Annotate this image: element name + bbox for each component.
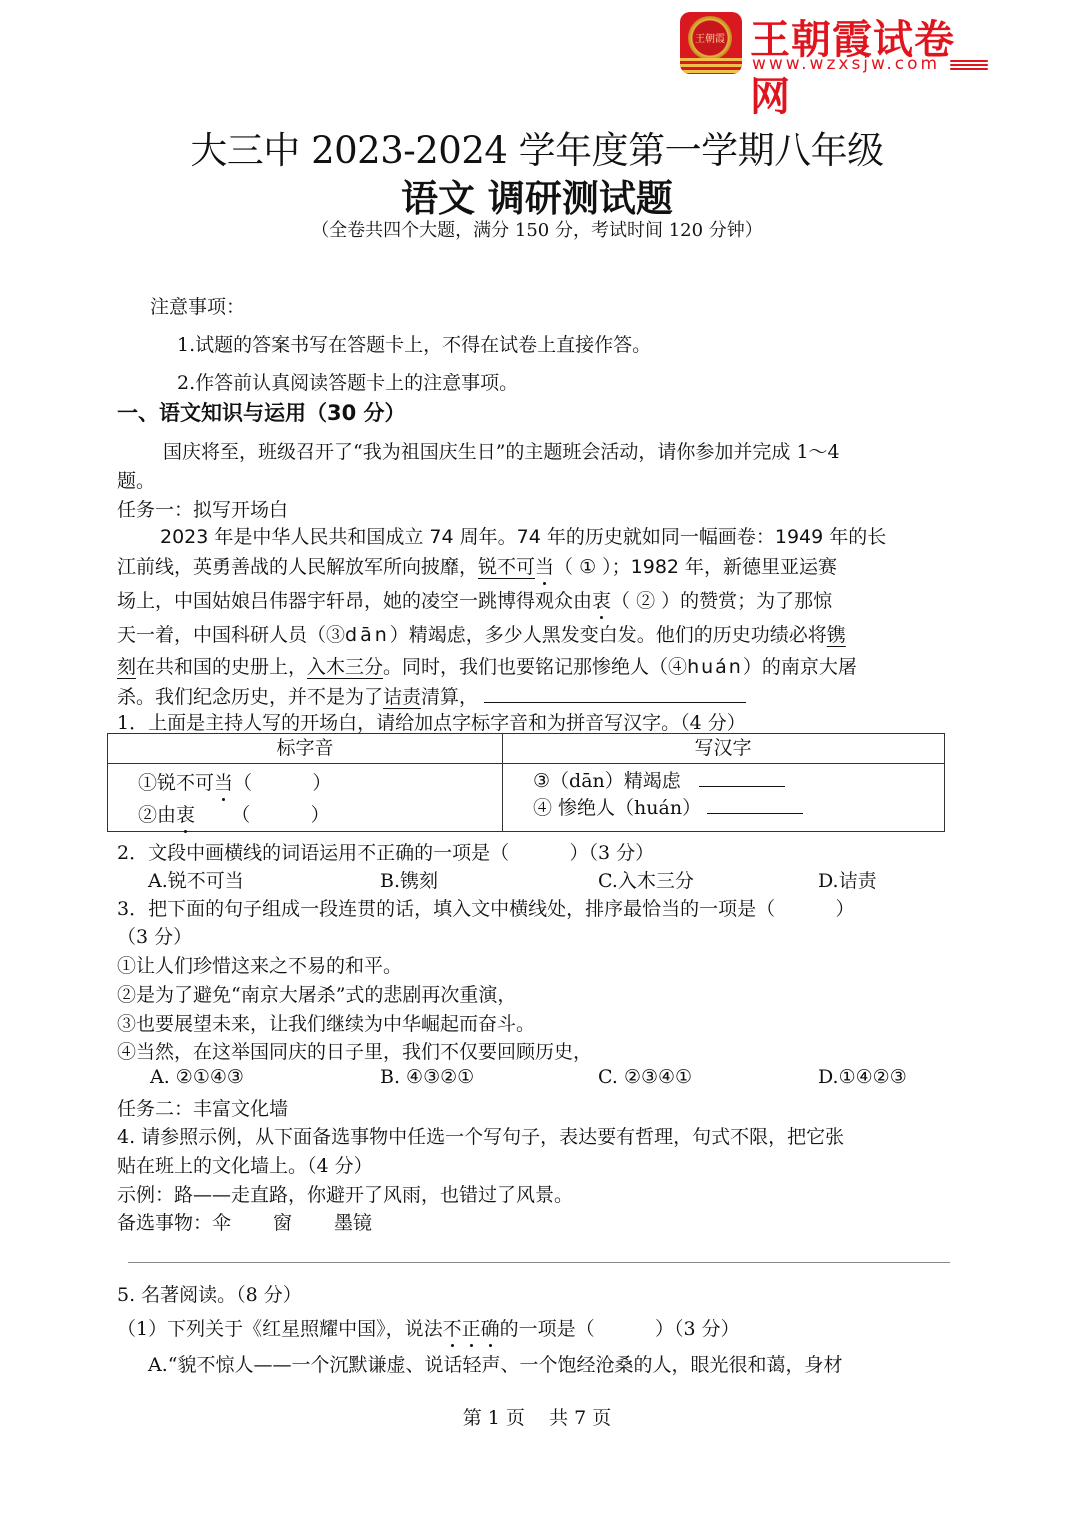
notice-item: 2.作答前认真阅读答题卡上的注意事项。 (177, 368, 518, 395)
page-title: 大三中 2023-2024 学年度第一学期八年级 (0, 120, 1074, 174)
passage-line: 天一着，中国科研人员（③dān）精竭虑，多少人黑发变白发。他们的历史功绩必将镌 (117, 620, 846, 647)
question-5: 5. 名著阅读。（8 分） (117, 1280, 302, 1307)
logo-url: www.wzxsjw.com (752, 54, 940, 74)
dotted-char: 当 (535, 552, 554, 579)
choices-label: 备选事物： (117, 1212, 212, 1234)
option-b[interactable]: B. ④③②① (380, 1066, 474, 1088)
passage-text: 。同时，我们也要铭记那惨绝人（④ (383, 656, 687, 678)
passage-line: 江前线，英勇善战的人民解放军所向披靡，锐不可当（ ① ）；1982 年，新德里亚… (117, 552, 837, 579)
option-c[interactable]: C.入木三分 (598, 866, 694, 893)
sentence: ④当然，在这举国同庆的日子里，我们不仅要回顾历史， (117, 1037, 592, 1064)
sentence: ①让人们珍惜这来之不易的和平。 (117, 951, 402, 978)
passage-line: 刻在共和国的史册上，入木三分。同时，我们也要铭记那惨绝人（④huán）的南京大屠 (117, 652, 857, 679)
cell-text: ②由 (138, 804, 176, 826)
intro-text: 国庆将至，班级召开了“我为祖国庆生日”的主题班会活动，请你参加并完成 1～4 (163, 437, 840, 464)
passage-text: 天一着，中国科研人员（③ (117, 624, 345, 646)
intro-text: 题。 (117, 466, 155, 493)
pinyin: dān (345, 624, 390, 646)
notice-item: 1.试题的答案书写在答题卡上，不得在试卷上直接作答。 (177, 330, 651, 357)
passage-text: （ ① ）；1982 年，新德里亚运赛 (554, 556, 837, 578)
page-subject-title: 语文 调研测试题 (0, 168, 1074, 222)
choice-item: 窗 (273, 1212, 292, 1234)
question-text: 的一项是（ ）（3 分） (500, 1318, 740, 1340)
answer-line[interactable] (128, 1262, 950, 1263)
underlined-word: 诘责 (383, 686, 421, 708)
dotted-char: 确 (481, 1314, 500, 1341)
answer-table: 标字音 写汉字 ①锐不可当（ ） ②由衷 （ ） ③（dān）精竭虑 ④ 惨绝人… (107, 733, 945, 832)
passage-text: 在共和国的史册上， (136, 656, 307, 678)
question-2: 2．文段中画横线的词语运用不正确的一项是（ ）（3 分） (117, 838, 654, 865)
dotted-char: 衷 (176, 800, 195, 827)
answer-paren[interactable]: （ ） (195, 804, 330, 826)
logo-waves-icon (950, 60, 988, 72)
answer-blank[interactable] (707, 795, 803, 814)
dotted-char: 正 (462, 1314, 481, 1341)
answer-paren[interactable]: （ ） (233, 772, 331, 794)
question-4: 贴在班上的文化墙上。（4 分） (117, 1151, 373, 1178)
example-text: 示例：路——走直路，你避开了风雨，也错过了风景。 (117, 1180, 573, 1207)
cell-text: ①锐不可 (138, 772, 214, 794)
passage-text: 杀。我们纪念历史，并不是为了 (117, 686, 383, 708)
question-1: 1．上面是主持人写的开场白，请给加点字标字音和为拼音写汉字。（4 分） (117, 708, 746, 735)
option-a[interactable]: A.“貌不惊人——一个沉默谦虚、说话轻声、一个饱经沧桑的人，眼光很和蔼，身材 (148, 1350, 842, 1377)
choice-item: 墨镜 (334, 1212, 372, 1234)
task2-label: 任务二：丰富文化墙 (117, 1094, 288, 1121)
passage-text: 江前线，英勇善战的人民解放军所向披靡， (117, 556, 478, 578)
passage-text: 场上，中国姑娘吕伟器宇轩昂，她的凌空一跳博得观众由 (117, 590, 592, 612)
answer-blank[interactable] (699, 768, 785, 787)
page-number: 第 1 页 共 7 页 (0, 1403, 1074, 1430)
dotted-char: 当 (214, 768, 233, 795)
table-row: ①锐不可当（ ） (138, 768, 331, 795)
dotted-char: 不 (443, 1314, 462, 1341)
notice-heading: 注意事项： (150, 292, 245, 319)
option-a[interactable]: A.锐不可当 (148, 866, 244, 893)
underlined-word: 刻 (117, 656, 136, 678)
underlined-word: 锐不可当 (478, 556, 554, 578)
underlined-word: 镌 (827, 624, 846, 646)
badge-text: 王朝霞 (688, 30, 732, 45)
table-row: ④ 惨绝人（huán） (533, 793, 803, 820)
pinyin: huán (687, 656, 743, 678)
cell-text: ③（dān）精竭虑 (533, 770, 681, 792)
underlined-text: 锐不可 (478, 556, 535, 578)
passage-line: 2023 年是中华人民共和国成立 74 周年。74 年的历史就如同一幅画卷：19… (160, 522, 886, 549)
question-3: 3．把下面的句子组成一段连贯的话，填入文中横线处，排序最恰当的一项是（ ） (117, 894, 855, 921)
passage-text: ）精竭虑，多少人黑发变白发。他们的历史功绩必将 (390, 624, 827, 646)
question-5-1: （1）下列关于《红星照耀中国》，说法不正确的一项是（ ）（3 分） (117, 1314, 740, 1341)
task1-label: 任务一：拟写开场白 (117, 495, 288, 522)
passage-text: ）的南京大屠 (743, 656, 857, 678)
option-d[interactable]: D.诘责 (818, 866, 877, 893)
passage-line: 杀。我们纪念历史，并不是为了诘责清算， (117, 682, 746, 709)
question-score: （3 分） (117, 922, 192, 949)
cell-text: ④ 惨绝人（huán） (533, 797, 701, 819)
sentence: ②是为了避免“南京大屠杀”式的悲剧再次重演， (117, 980, 516, 1007)
question-4: 4. 请参照示例，从下面备选事物中任选一个写句子，表达要有哲理，句式不限，把它张 (117, 1122, 844, 1149)
answer-blank[interactable] (484, 684, 746, 703)
exam-info: （全卷共四个大题，满分 150 分，考试时间 120 分钟） (0, 216, 1074, 242)
section-heading: 一、语文知识与运用（30 分） (117, 397, 406, 427)
option-d[interactable]: D.①④②③ (818, 1066, 907, 1088)
passage-text: 清算， (421, 686, 478, 708)
choices-row: 备选事物：伞窗墨镜 (117, 1208, 372, 1235)
option-a[interactable]: A. ②①④③ (150, 1066, 244, 1088)
table-header: 写汉字 (502, 734, 944, 764)
sentence: ③也要展望未来，让我们继续为中华崛起而奋斗。 (117, 1009, 535, 1036)
option-b[interactable]: B.镌刻 (380, 866, 438, 893)
passage-line: 场上，中国姑娘吕伟器宇轩昂，她的凌空一跳博得观众由衷（ ② ）的赞赏；为了那惊 (117, 586, 832, 613)
site-logo: 王朝霞 王朝霞试卷网 www.wzxsjw.com (680, 12, 990, 74)
passage-text: （ ② ）的赞赏；为了那惊 (611, 590, 832, 612)
logo-badge-icon: 王朝霞 (680, 12, 742, 74)
dotted-char: 衷 (592, 586, 611, 613)
table-row: ②由衷 （ ） (138, 800, 330, 827)
table-row: ③（dān）精竭虑 (533, 766, 785, 793)
question-text: （1）下列关于《红星照耀中国》，说法 (117, 1318, 443, 1340)
underlined-word: 入木三分 (307, 656, 383, 678)
choice-item: 伞 (212, 1212, 231, 1234)
table-header: 标字音 (108, 734, 502, 764)
option-c[interactable]: C. ②③④① (598, 1066, 692, 1088)
